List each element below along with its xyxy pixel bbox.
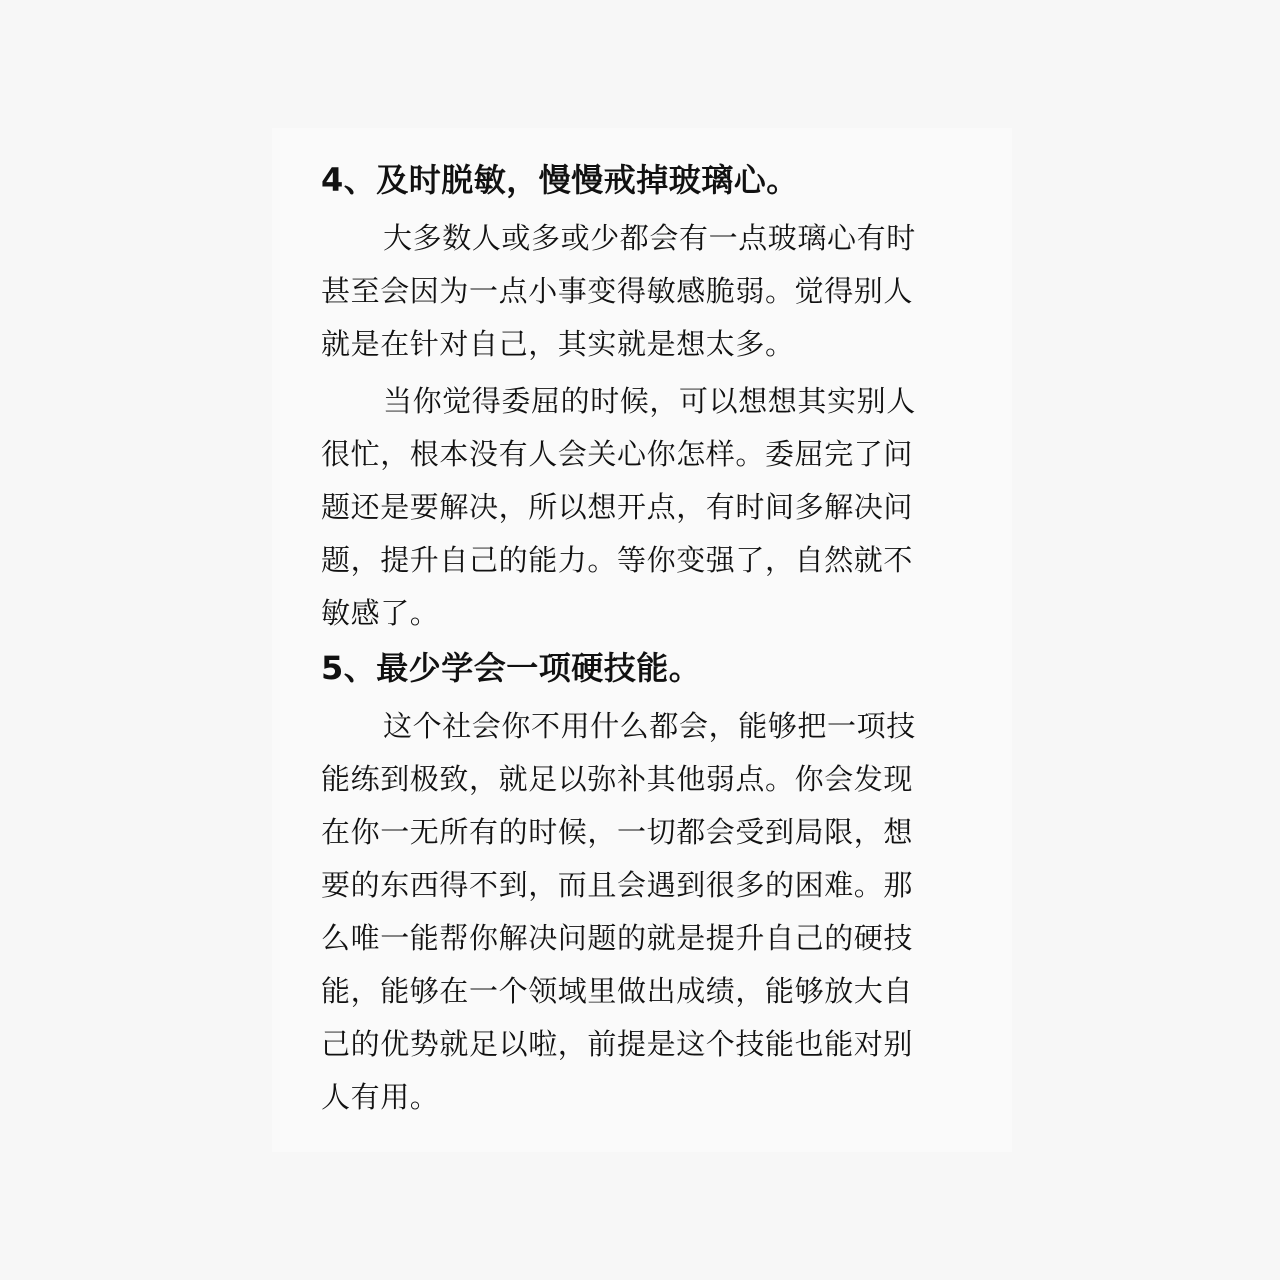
text-line: 在你一无所有的时候，一切都会受到局限，想	[321, 806, 941, 859]
section-heading: 4、及时脱敏，慢慢戒掉玻璃心。	[321, 152, 941, 208]
text-line: 能，能够在一个领域里做出成绩，能够放大自	[321, 965, 941, 1018]
page: 4、及时脱敏，慢慢戒掉玻璃心。 大多数人或多或少都会有一点玻璃心有时 甚至会因为…	[0, 0, 1280, 1280]
text-line: 己的优势就足以啦，前提是这个技能也能对别	[321, 1018, 941, 1071]
text-line: 题还是要解决，所以想开点，有时间多解决问	[321, 481, 941, 534]
text-line: 人有用。	[321, 1071, 941, 1124]
paragraph: 大多数人或多或少都会有一点玻璃心有时 甚至会因为一点小事变得敏感脆弱。觉得别人 …	[321, 212, 941, 371]
text-line: 题，提升自己的能力。等你变强了，自然就不	[321, 534, 941, 587]
text-line: 这个社会你不用什么都会，能够把一项技	[321, 700, 941, 753]
text-line: 要的东西得不到，而且会遇到很多的困难。那	[321, 859, 941, 912]
article-content: 4、及时脱敏，慢慢戒掉玻璃心。 大多数人或多或少都会有一点玻璃心有时 甚至会因为…	[321, 152, 941, 1124]
text-line: 甚至会因为一点小事变得敏感脆弱。觉得别人	[321, 265, 941, 318]
text-line: 就是在针对自己，其实就是想太多。	[321, 318, 941, 371]
text-line: 么唯一能帮你解决问题的就是提升自己的硬技	[321, 912, 941, 965]
section-heading: 5、最少学会一项硬技能。	[321, 640, 941, 696]
text-line: 当你觉得委屈的时候，可以想想其实别人	[321, 375, 941, 428]
text-line: 很忙，根本没有人会关心你怎样。委屈完了问	[321, 428, 941, 481]
paragraph: 这个社会你不用什么都会，能够把一项技 能练到极致，就足以弥补其他弱点。你会发现 …	[321, 700, 941, 1124]
text-line: 大多数人或多或少都会有一点玻璃心有时	[321, 212, 941, 265]
section-5: 5、最少学会一项硬技能。 这个社会你不用什么都会，能够把一项技 能练到极致，就足…	[321, 640, 941, 1124]
paragraph: 当你觉得委屈的时候，可以想想其实别人 很忙，根本没有人会关心你怎样。委屈完了问 …	[321, 375, 941, 640]
text-line: 能练到极致，就足以弥补其他弱点。你会发现	[321, 753, 941, 806]
text-line: 敏感了。	[321, 587, 941, 640]
section-4: 4、及时脱敏，慢慢戒掉玻璃心。 大多数人或多或少都会有一点玻璃心有时 甚至会因为…	[321, 152, 941, 640]
